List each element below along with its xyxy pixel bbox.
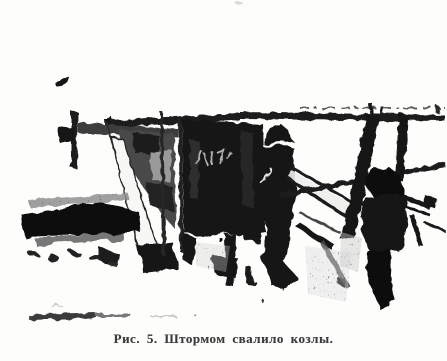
photograph	[0, 0, 447, 330]
ink-specks	[53, 0, 242, 88]
top-beam	[104, 104, 445, 128]
worker-center	[259, 124, 297, 288]
halftone-photo-illustration	[0, 0, 447, 330]
scanned-book-page: Рис. 5. Штормом свалило козлы.	[0, 0, 447, 361]
left-plank-speckle	[28, 193, 129, 208]
figure-caption: Рис. 5. Штормом свалило козлы.	[0, 331, 447, 347]
photo-bottom-edge	[28, 304, 197, 320]
